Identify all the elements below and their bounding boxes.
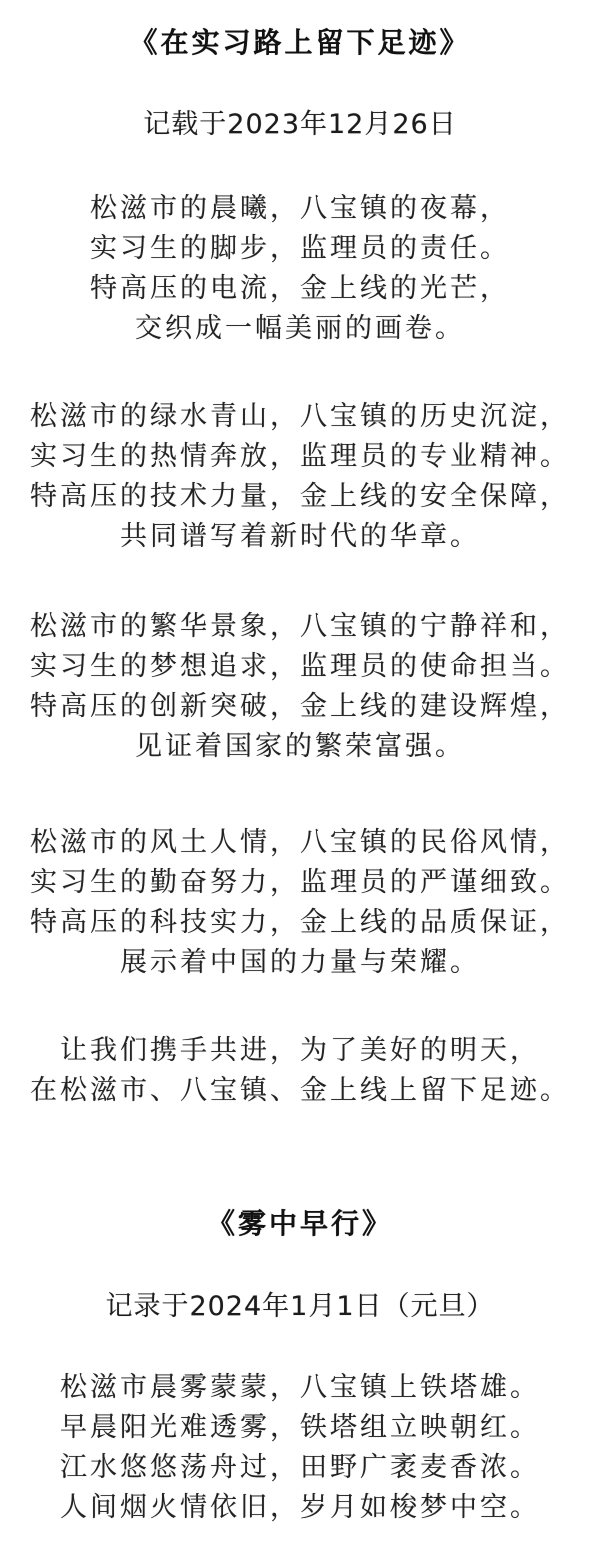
document-page: 《在实习路上留下足迹》 记载于2023年12月26日 松滋市的晨曦，八宝镇的夜幕… xyxy=(0,0,600,1551)
poem-line: 松滋市的晨曦，八宝镇的夜幕， xyxy=(0,192,600,226)
poem-line: 江水悠悠荡舟过，田野广袤麦香浓。 xyxy=(0,1451,600,1485)
poem-line: 见证着国家的繁荣富强。 xyxy=(0,730,600,764)
poem-line: 在松滋市、八宝镇、金上线上留下足迹。 xyxy=(0,1074,600,1108)
poem-line: 松滋市的风土人情，八宝镇的民俗风情， xyxy=(0,826,600,860)
poem-line: 特高压的技术力量，金上线的安全保障， xyxy=(0,480,600,514)
poem-dateline: 记载于2023年12月26日 xyxy=(0,108,600,142)
poem-line: 展示着中国的力量与荣耀。 xyxy=(0,946,600,980)
poem-dateline: 记录于2024年1月1日（元旦） xyxy=(0,1290,600,1324)
poem-line: 实习生的脚步，监理员的责任。 xyxy=(0,232,600,266)
poem-line: 实习生的梦想追求，监理员的使命担当。 xyxy=(0,650,600,684)
poem-line: 松滋市晨雾蒙蒙，八宝镇上铁塔雄。 xyxy=(0,1371,600,1405)
poem-line: 松滋市的绿水青山，八宝镇的历史沉淀， xyxy=(0,400,600,434)
poem-line: 人间烟火情依旧，岁月如梭梦中空。 xyxy=(0,1491,600,1525)
poem-line: 让我们携手共进，为了美好的明天， xyxy=(0,1034,600,1068)
poem-line: 交织成一幅美丽的画卷。 xyxy=(0,312,600,346)
poem-line: 特高压的科技实力，金上线的品质保证， xyxy=(0,906,600,940)
poem-line: 共同谱写着新时代的华章。 xyxy=(0,520,600,554)
poem-line: 松滋市的繁华景象，八宝镇的宁静祥和， xyxy=(0,610,600,644)
poem-line: 实习生的勤奋努力，监理员的严谨细致。 xyxy=(0,866,600,900)
poem-title: 《雾中早行》 xyxy=(0,1207,600,1241)
poem-line: 特高压的电流，金上线的光芒， xyxy=(0,272,600,306)
poem-title: 《在实习路上留下足迹》 xyxy=(0,26,600,60)
poem-line: 早晨阳光难透雾，铁塔组立映朝红。 xyxy=(0,1411,600,1445)
poem-line: 实习生的热情奔放，监理员的专业精神。 xyxy=(0,440,600,474)
poem-line: 特高压的创新突破，金上线的建设辉煌， xyxy=(0,690,600,724)
